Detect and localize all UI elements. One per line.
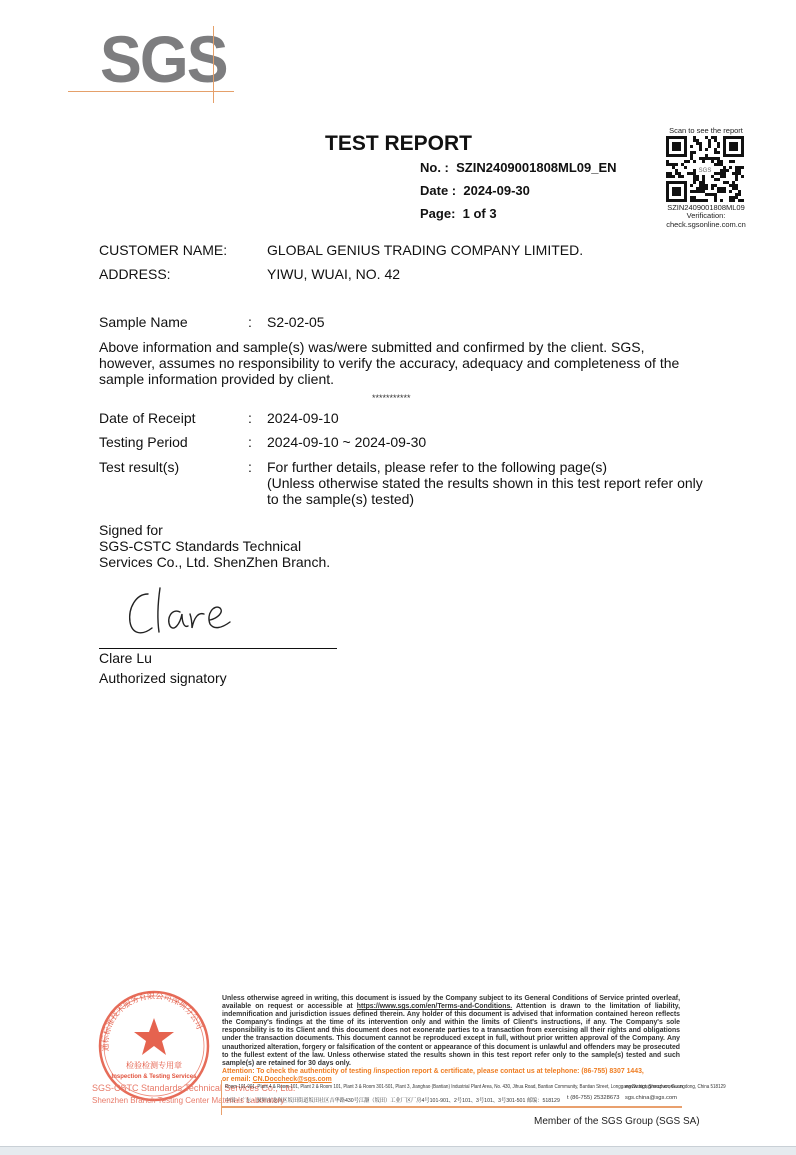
sample-name-separator: : <box>248 314 252 330</box>
qr-code-icon[interactable]: SGS <box>666 136 744 202</box>
section-divider: *********** <box>372 393 411 403</box>
svg-text:SGS: SGS <box>699 168 712 174</box>
report-number: No. : SZIN2409001808ML09_EN <box>420 160 617 175</box>
customer-name-label: CUSTOMER NAME: <box>99 242 227 258</box>
report-number-value: SZIN2409001808ML09_EN <box>456 160 616 175</box>
signer-role: Authorized signatory <box>99 670 227 686</box>
test-results-note-line1: (Unless otherwise stated the results sho… <box>267 475 703 491</box>
page-value: 1 of 3 <box>463 206 497 221</box>
disclaimer-text-continued: Attention is drawn to the limitation of … <box>222 1003 680 1067</box>
report-date-value: 2024-09-30 <box>463 183 530 198</box>
test-results-value: For further details, please refer to the… <box>267 459 607 475</box>
customer-name-value: GLOBAL GENIUS TRADING COMPANY LIMITED. <box>267 242 583 258</box>
signature-line <box>99 648 337 649</box>
qr-verification-site: check.sgsonline.com.cn <box>660 220 752 229</box>
handwritten-signature <box>126 582 246 642</box>
detail-separator: : <box>248 459 252 475</box>
page-label: Page: <box>420 206 455 221</box>
report-page: SGS TEST REPORT No. : SZIN2409001808ML09… <box>0 0 796 1146</box>
test-results-label: Test result(s) <box>99 459 179 475</box>
sample-name-value: S2-02-05 <box>267 314 325 330</box>
signed-for-label: Signed for <box>99 522 163 538</box>
contact-email[interactable]: sgs.china@sgs.com <box>625 1095 677 1101</box>
viewer-bottom-edge <box>0 1146 796 1155</box>
testing-period-label: Testing Period <box>99 434 188 450</box>
report-date: Date : 2024-09-30 <box>420 183 530 198</box>
authenticity-notice: Attention: To check the authenticity of … <box>222 1068 680 1076</box>
date-of-receipt-value: 2024-09-10 <box>267 410 339 426</box>
footer-vertical-rule <box>221 1080 222 1115</box>
address-chinese: 中国・广东・深圳市龙岗区坂田街道坂田社区吉华路430号江灏（坂田）工业厂区厂房4… <box>225 1095 560 1104</box>
report-number-label: No. : <box>420 160 449 175</box>
page-indicator: Page: 1 of 3 <box>420 206 497 221</box>
logo-vertical-rule <box>213 26 214 103</box>
signing-org-line2: Services Co., Ltd. ShenZhen Branch. <box>99 554 330 570</box>
date-of-receipt-label: Date of Receipt <box>99 410 196 426</box>
footer-horizontal-rule <box>222 1106 682 1108</box>
sgs-logo: SGS <box>100 26 227 92</box>
logo-horizontal-rule <box>68 91 234 92</box>
sample-name-label: Sample Name <box>99 314 188 330</box>
page-title: TEST REPORT <box>325 132 472 156</box>
legal-disclaimer: Unless otherwise agreed in writing, this… <box>222 995 680 1084</box>
phone-number: t (86-755) 25328673 <box>567 1095 620 1101</box>
stamp-center-en: Inspection & Testing Services <box>112 1074 198 1080</box>
address-value: YIWU, WUAI, NO. 42 <box>267 266 400 282</box>
email-prefix: or email: <box>222 1076 253 1083</box>
detail-separator: : <box>248 434 252 450</box>
sgs-member-statement: Member of the SGS Group (SGS SA) <box>534 1116 700 1127</box>
qr-verification-label: Verification: <box>660 211 752 220</box>
testing-period-value: 2024-09-10 ~ 2024-09-30 <box>267 434 426 450</box>
detail-separator: : <box>248 410 252 426</box>
stamp-center-cn: 检验检测专用章 <box>126 1060 182 1070</box>
qr-caption: Scan to see the report <box>664 126 748 135</box>
website[interactable]: www.sgsgroup.com.cn <box>625 1084 683 1090</box>
test-results-note-line2: to the sample(s) tested) <box>267 491 414 507</box>
doccheck-email-link[interactable]: CN.Doccheck@sgs.com <box>253 1076 332 1083</box>
report-date-label: Date : <box>420 183 456 198</box>
authenticity-email-line: or email: CN.Doccheck@sgs.com <box>222 1076 680 1084</box>
sample-notice: Above information and sample(s) was/were… <box>99 339 699 387</box>
address-label: ADDRESS: <box>99 266 171 282</box>
qr-verification: Verification: check.sgsonline.com.cn <box>660 211 752 229</box>
signer-name: Clare Lu <box>99 650 152 666</box>
terms-link[interactable]: https://www.sgs.com/en/Terms-and-Conditi… <box>357 1003 512 1010</box>
signing-org-line1: SGS-CSTC Standards Technical <box>99 538 301 554</box>
